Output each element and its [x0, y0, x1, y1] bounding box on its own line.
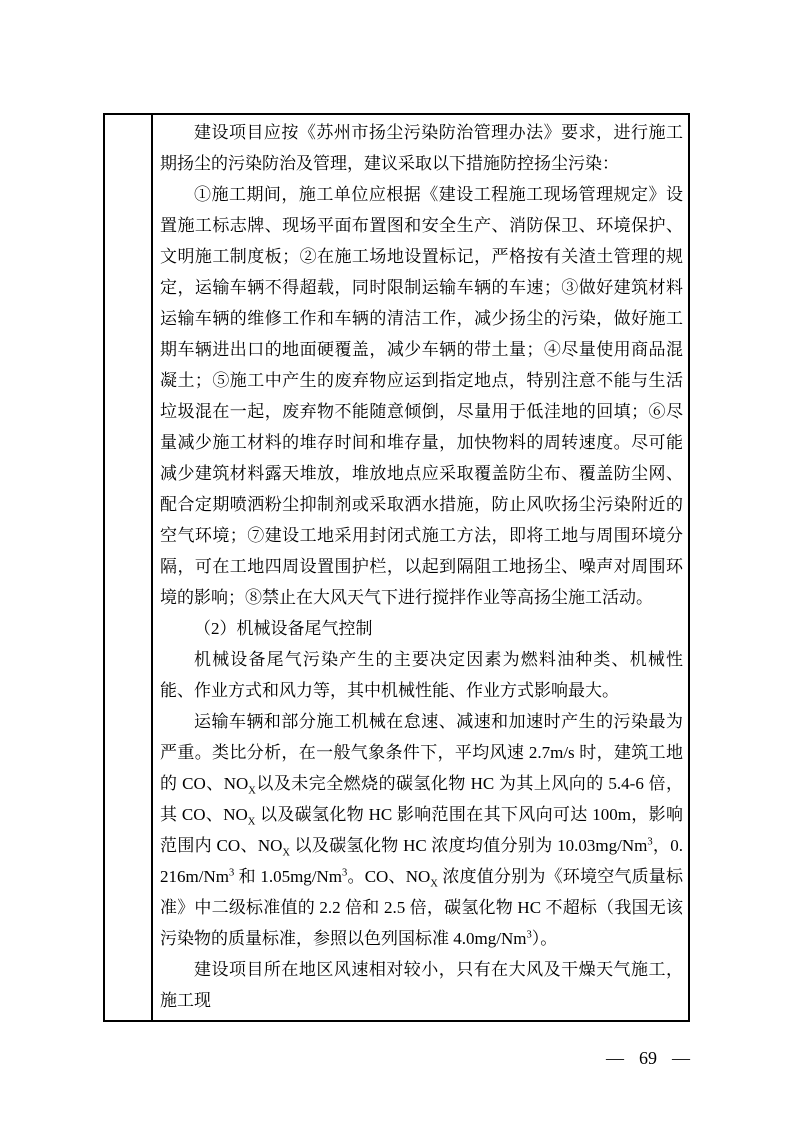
paragraph: 运输车辆和部分施工机械在怠速、减速和加速时产生的污染最为严重。类比分析，在一般气…	[160, 706, 683, 954]
text-segment: 和 1.05mg/Nm	[234, 867, 342, 886]
paragraph: ①施工期间，施工单位应根据《建设工程施工现场管理规定》设置施工标志牌、现场平面布…	[160, 179, 683, 613]
content-table: 建设项目应按《苏州市扬尘污染防治管理办法》要求，进行施工期扬尘的污染防治及管理，…	[103, 113, 690, 1022]
text-segment: 建设项目所在地区风速相对较小，只有在大风及干燥天气施工，施工现	[160, 960, 683, 1010]
text-segment: ①施工期间，施工单位应根据《建设工程施工现场管理规定》设置施工标志牌、现场平面布…	[160, 185, 683, 607]
text-segment: X	[282, 847, 290, 858]
text-segment: 以及碳氢化物 HC 浓度均值分别为 10.03mg/Nm	[290, 836, 647, 855]
paragraph: 建设项目所在地区风速相对较小，只有在大风及干燥天气施工，施工现	[160, 954, 683, 1016]
text-segment: ）。	[532, 929, 558, 948]
page-number: 69	[639, 1047, 657, 1069]
paragraph: 机械设备尾气污染产生的主要决定因素为燃料油种类、机械性能、作业方式和风力等，其中…	[160, 644, 683, 706]
document-page: 建设项目应按《苏州市扬尘污染防治管理办法》要求，进行施工期扬尘的污染防治及管理，…	[0, 0, 793, 1122]
footer-dash-right: —	[672, 1047, 690, 1069]
paragraph: （2）机械设备尾气控制	[160, 613, 683, 644]
text-segment: X	[248, 785, 256, 796]
paragraph: 建设项目应按《苏州市扬尘污染防治管理办法》要求，进行施工期扬尘的污染防治及管理，…	[160, 117, 683, 179]
text-segment: （2）机械设备尾气控制	[194, 619, 373, 638]
footer-dash-left: —	[606, 1047, 624, 1069]
text-segment: 机械设备尾气污染产生的主要决定因素为燃料油种类、机械性能、作业方式和风力等，其中…	[160, 650, 683, 700]
table-left-cell	[105, 115, 153, 1020]
text-segment: 建设项目应按《苏州市扬尘污染防治管理办法》要求，进行施工期扬尘的污染防治及管理，…	[160, 123, 683, 173]
table-text-cell: 建设项目应按《苏州市扬尘污染防治管理办法》要求，进行施工期扬尘的污染防治及管理，…	[153, 115, 688, 1020]
text-segment: 。CO、NO	[347, 867, 430, 886]
text-segment: X	[430, 878, 438, 889]
page-footer: — 69 —	[606, 1047, 690, 1069]
